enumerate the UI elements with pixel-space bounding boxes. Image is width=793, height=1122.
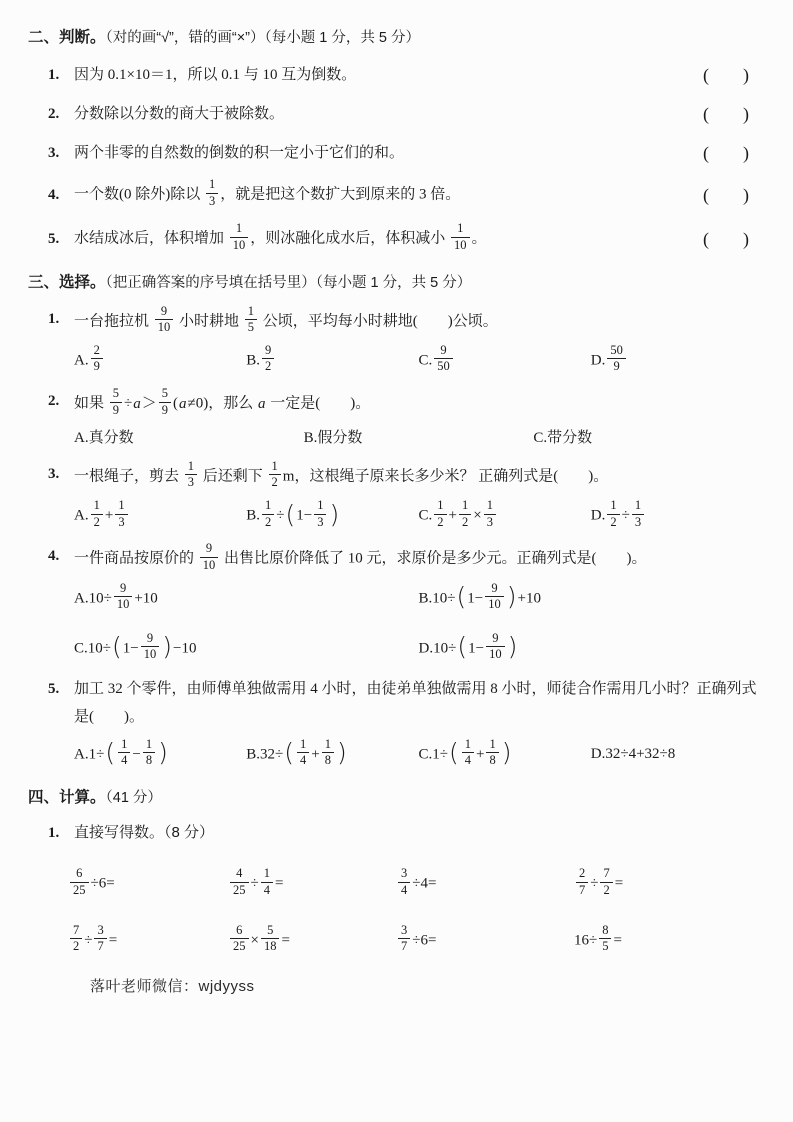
calc-expression: 16÷85= (574, 925, 763, 957)
option-C: C.950 (419, 345, 591, 377)
fraction: 59 (159, 386, 171, 418)
fraction: 72 (600, 866, 612, 898)
choice-stem: 2.如果 59÷a＞59(a≠0)，那么 a 一定是( )。 (48, 388, 763, 420)
denominator: 8 (143, 752, 155, 769)
numerator: 2 (91, 343, 103, 359)
numerator: 8 (599, 923, 611, 939)
text-run: 出售比原价降低了 10 元，求原价是多少元。正确列式是( )。 (220, 551, 646, 567)
open-paren: ( (703, 65, 709, 85)
denominator: 2 (607, 514, 619, 531)
fraction: 910 (141, 631, 160, 663)
paren: ( (104, 738, 116, 767)
fraction: 625 (230, 923, 249, 955)
item-text: 因为 0.1×10＝1，所以 0.1 与 10 互为倒数。 (74, 64, 703, 87)
text-run: A.1÷ (74, 746, 104, 762)
close-paren: ) (743, 229, 749, 249)
fraction: 910 (485, 581, 504, 613)
choice-stem: 1.一台拖拉机 910 小时耕地 15 公顷，平均每小时耕地( )公顷。 (48, 306, 763, 338)
denominator: 50 (434, 358, 453, 375)
item-number: 3. (48, 461, 74, 493)
choice-item-5: 5.加工 32 个零件，由师傅单独做需用 4 小时，由徒弟单独做需用 8 小时，… (48, 676, 763, 771)
fraction: 37 (94, 923, 106, 955)
text-run: ≠0)，那么 (188, 396, 257, 412)
section-choice-heading: 三、选择。 (28, 274, 106, 291)
calc-subheading: 1. 直接写得数。（8 分） (48, 822, 763, 845)
paren: ) (161, 632, 173, 661)
text-run: ÷ (124, 396, 132, 412)
numerator: 1 (118, 737, 130, 753)
numerator: 7 (70, 923, 82, 939)
item-number: 4. (48, 184, 74, 207)
text-run: + (476, 746, 484, 762)
text-run: A.10÷ (74, 590, 112, 606)
open-paren: ( (703, 143, 709, 163)
denominator: 2 (459, 514, 471, 531)
fraction: 110 (451, 221, 470, 253)
stem-text: 一台拖拉机 910 小时耕地 15 公顷，平均每小时耕地( )公顷。 (74, 306, 763, 338)
text-run: A.真分数 (74, 430, 134, 446)
numerator: 9 (155, 304, 174, 320)
text-run: 分数除以分数的商大于被除数。 (74, 106, 284, 122)
text-run: A. (74, 352, 89, 368)
text-run: B. (246, 508, 260, 524)
item-number: 1. (48, 64, 74, 87)
fraction: 27 (576, 866, 588, 898)
fraction: 12 (434, 498, 446, 530)
text-run: ÷6= (91, 876, 115, 892)
text-run: 小时耕地 (175, 313, 243, 329)
fraction: 12 (459, 498, 471, 530)
text-run: + (105, 508, 113, 524)
numerator: 3 (94, 923, 106, 939)
paren: ) (328, 500, 340, 529)
text-run: C.1÷ (419, 746, 449, 762)
text-run: ÷ (84, 932, 92, 948)
numerator: 9 (434, 343, 453, 359)
close-paren: ) (743, 65, 749, 85)
variable: a (132, 396, 142, 412)
paren: ) (157, 738, 169, 767)
calc-expression: 27÷72= (574, 868, 763, 900)
options-row: A.10÷910+10B.10÷(1−910)+10C.10÷(1−910)−1… (74, 583, 763, 666)
text-run: = (615, 876, 623, 892)
option-B: B.92 (246, 345, 418, 377)
numerator: 6 (70, 866, 89, 882)
stem-text: 一根绳子，剪去 13 后还剩下 12m，这根绳子原来长多少米？ 正确列式是( )… (74, 461, 763, 493)
text-run: B.假分数 (304, 430, 363, 446)
denominator: 10 (114, 596, 133, 613)
fraction: 509 (607, 343, 626, 375)
option-D: D.509 (591, 345, 763, 377)
numerator: 9 (200, 541, 219, 557)
option-A: A.29 (74, 345, 246, 377)
option-D: D.10÷(1−910) (419, 633, 764, 665)
text-run: + (311, 746, 319, 762)
numerator: 6 (230, 923, 249, 939)
options-row: A.12+13B.12÷(1−13)C.12+12×13D.12÷13 (74, 500, 763, 532)
fraction: 910 (155, 304, 174, 336)
fraction: 34 (398, 866, 410, 898)
fraction: 18 (486, 737, 498, 769)
numerator: 3 (398, 923, 410, 939)
numerator: 2 (576, 866, 588, 882)
option-C: C.10÷(1−910)−10 (74, 633, 419, 665)
options-row: A.1÷(14−18)B.32÷(14+18)C.1÷(14+18)D.32÷4… (74, 739, 763, 771)
choice-stem: 3.一根绳子，剪去 13 后还剩下 12m，这根绳子原来长多少米？ 正确列式是(… (48, 461, 763, 493)
text-run: = (281, 932, 289, 948)
text-run: D.32÷4+32÷8 (591, 746, 676, 762)
option-B: B.32÷(14+18) (246, 739, 418, 771)
fraction: 12 (607, 498, 619, 530)
numerator: 1 (185, 459, 197, 475)
answer-blank: () (703, 62, 749, 89)
numerator: 9 (485, 581, 504, 597)
text-run: C.带分数 (533, 430, 592, 446)
paren: ( (285, 500, 297, 529)
option-D: D.12÷13 (591, 500, 763, 532)
judgment-item-5: 5.水结成冰后，体积增加 110，则冰融化成水后，体积减小 110。() (48, 223, 763, 255)
denominator: 2 (269, 474, 281, 491)
choice-items: 1.一台拖拉机 910 小时耕地 15 公顷，平均每小时耕地( )公顷。A.29… (28, 306, 763, 771)
paren: ) (501, 738, 513, 767)
text-run: 后还剩下 (199, 468, 267, 484)
text-run: ，就是把这个数扩大到原来的 3 倍。 (220, 187, 460, 203)
option-A: A.10÷910+10 (74, 583, 419, 615)
option-A: A.1÷(14−18) (74, 739, 246, 771)
text-run: 一台拖拉机 (74, 313, 153, 329)
option-C: C.1÷(14+18) (419, 739, 591, 771)
denominator: 10 (155, 319, 174, 336)
denominator: 2 (262, 514, 274, 531)
denominator: 10 (486, 646, 505, 663)
option-B: B.假分数 (304, 427, 534, 450)
close-paren: ) (743, 185, 749, 205)
numerator: 1 (143, 737, 155, 753)
text-run: 1− (467, 590, 483, 606)
fraction: 18 (322, 737, 334, 769)
option-A: A.12+13 (74, 500, 246, 532)
fraction: 13 (115, 498, 127, 530)
item-number: 1. (48, 822, 74, 845)
paren: ( (448, 738, 460, 767)
denominator: 2 (600, 882, 612, 899)
denominator: 3 (632, 514, 644, 531)
denominator: 3 (185, 474, 197, 491)
numerator: 5 (261, 923, 280, 939)
fraction: 59 (110, 386, 122, 418)
choice-item-2: 2.如果 59÷a＞59(a≠0)，那么 a 一定是( )。A.真分数B.假分数… (48, 388, 763, 450)
fraction: 37 (398, 923, 410, 955)
text-run: ＞ (142, 396, 157, 412)
numerator: 1 (434, 498, 446, 514)
item-text: 水结成冰后，体积增加 110，则冰融化成水后，体积减小 110。 (74, 223, 703, 255)
text-run: D. (591, 352, 606, 368)
text-run: 水结成冰后，体积增加 (74, 231, 228, 247)
stem-text: 一件商品按原价的 910 出售比原价降低了 10 元，求原价是多少元。正确列式是… (74, 543, 763, 575)
text-run: + (449, 508, 457, 524)
close-paren: ) (743, 104, 749, 124)
text-run: D.10÷ (419, 640, 457, 656)
section-judgment-title: 二、判断。（对的画“√”，错的画“×”）（每小题 1 分，共 5 分） (28, 26, 763, 50)
text-run: +10 (134, 590, 157, 606)
text-run: 一个数(0 除外)除以 (74, 187, 204, 203)
text-run: × (251, 932, 259, 948)
fraction: 110 (230, 221, 249, 253)
fraction: 15 (245, 304, 257, 336)
text-run: ÷ (590, 876, 598, 892)
fraction: 425 (230, 866, 249, 898)
numerator: 9 (141, 631, 160, 647)
worksheet-page: 二、判断。（对的画“√”，错的画“×”）（每小题 1 分，共 5 分） 1.因为… (0, 0, 793, 1122)
denominator: 9 (607, 358, 626, 375)
fraction: 13 (632, 498, 644, 530)
denominator: 10 (485, 596, 504, 613)
text-run: 因为 0.1×10＝1，所以 0.1 与 10 互为倒数。 (74, 67, 356, 83)
numerator: 9 (114, 581, 133, 597)
denominator: 8 (322, 752, 334, 769)
denominator: 9 (110, 402, 122, 419)
fraction: 13 (314, 498, 326, 530)
numerator: 1 (261, 866, 273, 882)
calc-subheading-text: 直接写得数。（8 分） (74, 822, 214, 845)
numerator: 5 (110, 386, 122, 402)
fraction: 12 (262, 498, 274, 530)
paren: ) (507, 632, 519, 661)
numerator: 1 (91, 498, 103, 514)
fraction: 14 (118, 737, 130, 769)
numerator: 9 (262, 343, 274, 359)
text-run: C. (419, 352, 433, 368)
numerator: 1 (632, 498, 644, 514)
calc-expression: 72÷37= (68, 925, 228, 957)
stem-text: 加工 32 个零件，由师傅单独做需用 4 小时，由徒弟单独做需用 8 小时，师徒… (74, 676, 763, 732)
text-run: 一件商品按原价的 (74, 551, 198, 567)
open-paren: ( (703, 185, 709, 205)
section-calc-heading: 四、计算。 (28, 789, 106, 806)
answer-blank: () (703, 140, 749, 167)
text-run: A. (74, 508, 89, 524)
fraction: 13 (185, 459, 197, 491)
denominator: 10 (141, 646, 160, 663)
variable: a (178, 396, 188, 412)
numerator: 1 (484, 498, 496, 514)
fraction: 910 (486, 631, 505, 663)
numerator: 1 (607, 498, 619, 514)
denominator: 3 (206, 193, 218, 210)
fraction: 92 (262, 343, 274, 375)
calc-expression: 625×518= (228, 925, 396, 957)
denominator: 25 (230, 938, 249, 955)
denominator: 25 (70, 882, 89, 899)
calc-expression: 625÷6= (68, 868, 228, 900)
numerator: 1 (269, 459, 281, 475)
numerator: 1 (314, 498, 326, 514)
denominator: 7 (94, 938, 106, 955)
fraction: 85 (599, 923, 611, 955)
numerator: 7 (600, 866, 612, 882)
choice-stem: 4.一件商品按原价的 910 出售比原价降低了 10 元，求原价是多少元。正确列… (48, 543, 763, 575)
numerator: 1 (462, 737, 474, 753)
calc-row-1: 625÷6=425÷14=34÷4=27÷72= (68, 868, 763, 900)
denominator: 5 (245, 319, 257, 336)
text-run: ÷ (276, 508, 284, 524)
text-run: B.32÷ (246, 746, 283, 762)
judgment-item-4: 4.一个数(0 除外)除以 13，就是把这个数扩大到原来的 3 倍。() (48, 179, 763, 211)
section-calc-note: （41 分） (106, 790, 162, 806)
denominator: 10 (200, 557, 219, 574)
paren: ( (111, 632, 123, 661)
fraction: 14 (462, 737, 474, 769)
choice-stem: 5.加工 32 个零件，由师傅单独做需用 4 小时，由徒弟单独做需用 8 小时，… (48, 676, 763, 732)
answer-blank: () (703, 182, 749, 209)
calc-expression: 34÷4= (396, 868, 574, 900)
numerator: 3 (398, 866, 410, 882)
fraction: 29 (91, 343, 103, 375)
calc-rows: 625÷6=425÷14=34÷4=27÷72=72÷37=625×518=37… (28, 868, 763, 957)
text-run: 1− (123, 640, 139, 656)
paren: ( (456, 632, 468, 661)
paren: ( (283, 738, 295, 767)
fraction: 12 (91, 498, 103, 530)
numerator: 4 (230, 866, 249, 882)
denominator: 3 (115, 514, 127, 531)
numerator: 1 (486, 737, 498, 753)
denominator: 4 (297, 752, 309, 769)
text-run: 一根绳子，剪去 (74, 468, 183, 484)
fraction: 625 (70, 866, 89, 898)
option-A: A.真分数 (74, 427, 304, 450)
text-run: ÷ (251, 876, 259, 892)
denominator: 10 (230, 237, 249, 254)
denominator: 2 (70, 938, 82, 955)
fraction: 12 (269, 459, 281, 491)
text-run: m，这根绳子原来长多少米？ 正确列式是( )。 (283, 468, 608, 484)
fraction: 13 (206, 177, 218, 209)
numerator: 50 (607, 343, 626, 359)
section-judgment-note: （对的画“√”，错的画“×”）（每小题 1 分，共 5 分） (106, 30, 420, 46)
text-run: − (132, 746, 140, 762)
text-run: ÷ (622, 508, 630, 524)
item-number: 1. (48, 306, 74, 338)
text-run: B.10÷ (419, 590, 456, 606)
fraction: 950 (434, 343, 453, 375)
text-run: ÷6= (412, 932, 436, 948)
stem-text: 如果 59÷a＞59(a≠0)，那么 a 一定是( )。 (74, 388, 763, 420)
judgment-item-2: 2.分数除以分数的商大于被除数。() (48, 101, 763, 128)
answer-blank: () (703, 226, 749, 253)
fraction: 14 (297, 737, 309, 769)
item-text: 分数除以分数的商大于被除数。 (74, 103, 703, 126)
item-number: 5. (48, 676, 74, 732)
denominator: 8 (486, 752, 498, 769)
denominator: 4 (398, 882, 410, 899)
text-run: 两个非零的自然数的倒数的积一定小于它们的和。 (74, 145, 404, 161)
denominator: 2 (262, 358, 274, 375)
denominator: 5 (599, 938, 611, 955)
section-calc-title: 四、计算。（41 分） (28, 786, 763, 810)
fraction: 14 (261, 866, 273, 898)
text-run: 1− (468, 640, 484, 656)
section-choice-title: 三、选择。（把正确答案的序号填在括号里）（每小题 1 分，共 5 分） (28, 271, 763, 295)
text-run: 公顷，平均每小时耕地( )公顷。 (259, 313, 498, 329)
text-run: C.10÷ (74, 640, 111, 656)
denominator: 18 (261, 938, 280, 955)
item-number: 4. (48, 543, 74, 575)
option-C: C.带分数 (533, 427, 763, 450)
footer-contact: 落叶老师微信：wjdyyss (90, 975, 763, 996)
text-run: = (109, 932, 117, 948)
text-run: B. (246, 352, 260, 368)
numerator: 1 (451, 221, 470, 237)
choice-item-3: 3.一根绳子，剪去 13 后还剩下 12m，这根绳子原来长多少米？ 正确列式是(… (48, 461, 763, 533)
fraction: 72 (70, 923, 82, 955)
calc-expression: 37÷6= (396, 925, 574, 957)
denominator: 4 (118, 752, 130, 769)
fraction: 18 (143, 737, 155, 769)
text-run: D. (591, 508, 606, 524)
calc-expression: 425÷14= (228, 868, 396, 900)
option-D: D.32÷4+32÷8 (591, 743, 763, 766)
open-paren: ( (703, 104, 709, 124)
item-number: 2. (48, 103, 74, 126)
paren: ) (336, 738, 348, 767)
option-B: B.12÷(1−13) (246, 500, 418, 532)
denominator: 4 (261, 882, 273, 899)
text-run: × (473, 508, 481, 524)
judgment-items: 1.因为 0.1×10＝1，所以 0.1 与 10 互为倒数。()2.分数除以分… (28, 62, 763, 256)
numerator: 1 (115, 498, 127, 514)
denominator: 2 (434, 514, 446, 531)
numerator: 9 (486, 631, 505, 647)
numerator: 1 (230, 221, 249, 237)
text-run: 如果 (74, 396, 108, 412)
calc-row-2: 72÷37=625×518=37÷6=16÷85= (68, 925, 763, 957)
numerator: 1 (262, 498, 274, 514)
text-run: 16÷ (574, 932, 597, 948)
fraction: 13 (484, 498, 496, 530)
close-paren: ) (743, 143, 749, 163)
text-run: ÷4= (412, 876, 436, 892)
option-C: C.12+12×13 (419, 500, 591, 532)
denominator: 4 (462, 752, 474, 769)
item-text: 一个数(0 除外)除以 13，就是把这个数扩大到原来的 3 倍。 (74, 179, 703, 211)
item-text: 两个非零的自然数的倒数的积一定小于它们的和。 (74, 142, 703, 165)
item-number: 5. (48, 228, 74, 251)
text-run: C. (419, 508, 433, 524)
text-run: = (613, 932, 621, 948)
fraction: 910 (200, 541, 219, 573)
numerator: 1 (206, 177, 218, 193)
item-number: 2. (48, 388, 74, 420)
variable: a (257, 396, 267, 412)
denominator: 3 (484, 514, 496, 531)
option-B: B.10÷(1−910)+10 (419, 583, 764, 615)
judgment-item-3: 3.两个非零的自然数的倒数的积一定小于它们的和。() (48, 140, 763, 167)
choice-item-1: 1.一台拖拉机 910 小时耕地 15 公顷，平均每小时耕地( )公顷。A.29… (48, 306, 763, 378)
section-judgment-heading: 二、判断。 (28, 29, 106, 46)
fraction: 910 (114, 581, 133, 613)
judgment-item-1: 1.因为 0.1×10＝1，所以 0.1 与 10 互为倒数。() (48, 62, 763, 89)
section-choice-note: （把正确答案的序号填在括号里）（每小题 1 分，共 5 分） (106, 275, 472, 291)
denominator: 9 (91, 358, 103, 375)
denominator: 2 (91, 514, 103, 531)
text-run: ，则冰融化成水后，体积减小 (250, 231, 449, 247)
numerator: 1 (459, 498, 471, 514)
denominator: 7 (398, 938, 410, 955)
fraction: 518 (261, 923, 280, 955)
denominator: 25 (230, 882, 249, 899)
options-row: A.29B.92C.950D.509 (74, 345, 763, 377)
